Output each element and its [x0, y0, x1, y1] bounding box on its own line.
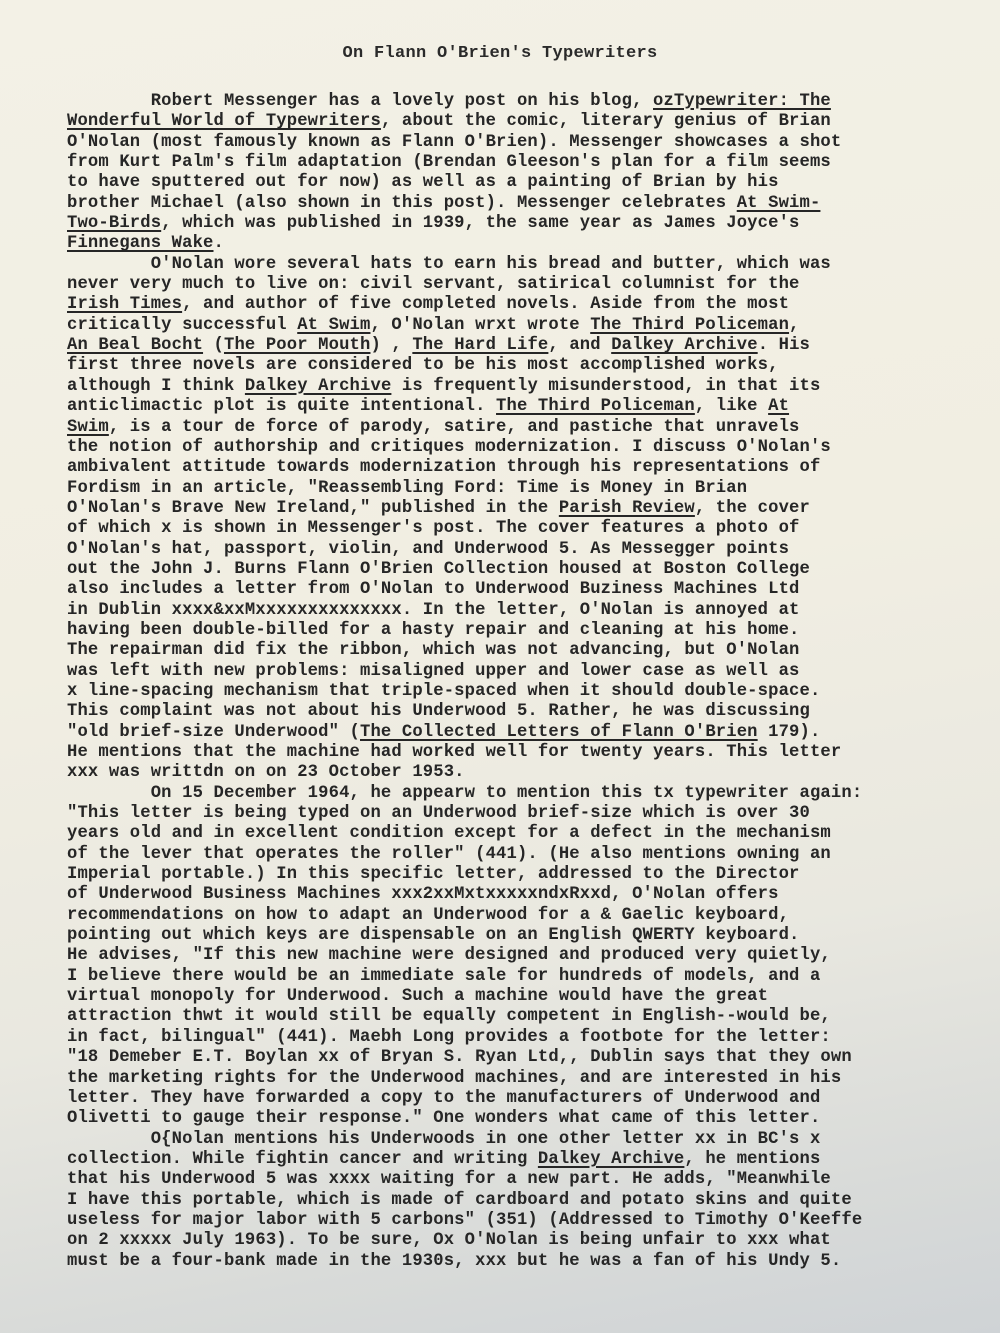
text-segment: recommendations on how to adapt an Under… [67, 906, 789, 925]
text-segment: attraction thwt it would still be equall… [67, 1007, 831, 1026]
text-segment: , O'Nolan wrxt wrote [370, 316, 590, 335]
text-segment: Fordism in an article, "Reassembling For… [67, 479, 747, 498]
text-segment: years old and in excellent condition exc… [67, 824, 831, 843]
text-line: I have this portable, which is made of c… [67, 1191, 967, 1211]
text-line: collection. While fightin cancer and wri… [67, 1150, 967, 1170]
text-segment: of the lever that operates the roller" (… [67, 845, 831, 864]
text-segment: , like [695, 397, 768, 416]
text-segment: collection. While fightin cancer and wri… [67, 1150, 538, 1169]
underlined-title: The Third Policeman [496, 397, 695, 416]
text-line: O'Nolan (most famously known as Flann O'… [67, 133, 967, 153]
text-segment: O'Nolan wore several hats to earn his br… [67, 255, 831, 274]
text-line: to have sputtered out for now) as well a… [67, 173, 967, 193]
text-line: must be a four-bank made in the 1930s, x… [67, 1252, 967, 1272]
text-line: Robert Messenger has a lovely post on hi… [67, 92, 967, 112]
text-line: in fact, bilingual" (441). Maebh Long pr… [67, 1028, 967, 1048]
underlined-title: Wonderful World of Typewriters [67, 112, 381, 131]
underlined-title: Parish Review [559, 499, 695, 518]
text-segment: from Kurt Palm's film adaptation (Brenda… [67, 153, 831, 172]
text-segment: I believe there would be an immediate sa… [67, 967, 820, 986]
text-line: "18 Demeber E.T. Boylan xx of Bryan S. R… [67, 1048, 967, 1068]
text-segment: . His [758, 336, 810, 355]
text-segment: On 15 December 1964, he appearw to menti… [67, 784, 862, 803]
text-segment: O{Nolan mentions his Underwoods in one o… [67, 1130, 820, 1149]
text-line: that his Underwood 5 was xxxx waiting fo… [67, 1170, 967, 1190]
document-body: Robert Messenger has a lovely post on hi… [67, 92, 967, 1272]
text-line: first three novels are considered to be … [67, 356, 967, 376]
text-line: xxx was writtdn on on 23 October 1953. [67, 763, 967, 783]
text-line: O'Nolan's Brave New Ireland," published … [67, 499, 967, 519]
underlined-title: ozTypewriter: The [653, 92, 831, 111]
text-segment: useless for major labor with 5 carbons" … [67, 1211, 862, 1230]
text-line: Irish Times, and author of five complete… [67, 295, 967, 315]
text-segment: that his Underwood 5 was xxxx waiting fo… [67, 1170, 831, 1189]
text-segment: He advises, "If this new machine were de… [67, 946, 831, 965]
text-line: I believe there would be an immediate sa… [67, 967, 967, 987]
text-segment: letter. They have forwarded a copy to th… [67, 1089, 820, 1108]
text-segment: Imperial portable.) In this specific let… [67, 865, 800, 884]
text-line: Fordism in an article, "Reassembling For… [67, 479, 967, 499]
text-line: virtual monopoly for Underwood. Such a m… [67, 987, 967, 1007]
text-segment: ( [203, 336, 224, 355]
text-line: He mentions that the machine had worked … [67, 743, 967, 763]
text-segment: is frequently misunderstood, in that its [391, 377, 820, 396]
text-segment: "18 Demeber E.T. Boylan xx of Bryan S. R… [67, 1048, 852, 1067]
underlined-title: Finnegans Wake [67, 234, 214, 253]
text-segment: ambivalent attitude towards modernizatio… [67, 458, 820, 477]
text-line: ambivalent attitude towards modernizatio… [67, 458, 967, 478]
underlined-title: Dalkey Archive [538, 1150, 685, 1169]
text-line: recommendations on how to adapt an Under… [67, 906, 967, 926]
text-line: out the John J. Burns Flann O'Brien Coll… [67, 560, 967, 580]
text-segment: having been double-billed for a hasty re… [67, 621, 800, 640]
text-line: An Beal Bocht (The Poor Mouth) , The Har… [67, 336, 967, 356]
underlined-title: The Hard Life [412, 336, 548, 355]
underlined-title: The Collected Letters of Flann O'Brien [360, 723, 758, 742]
text-line: of the lever that operates the roller" (… [67, 845, 967, 865]
text-segment: was left with new problems: misaligned u… [67, 662, 800, 681]
text-line: anticlimactic plot is quite intentional.… [67, 397, 967, 417]
text-line: on 2 xxxxx July 1963). To be sure, Ox O'… [67, 1231, 967, 1251]
text-segment: never very much to live on: civil servan… [67, 275, 800, 294]
text-segment: critically successful [67, 316, 297, 335]
text-segment: , about the comic, literary genius of Br… [381, 112, 831, 131]
text-segment: x line-spacing mechanism that triple-spa… [67, 682, 820, 701]
text-segment: anticlimactic plot is quite intentional. [67, 397, 496, 416]
text-segment: He mentions that the machine had worked … [67, 743, 841, 762]
text-line: from Kurt Palm's film adaptation (Brenda… [67, 153, 967, 173]
text-segment: also includes a letter from O'Nolan to U… [67, 580, 800, 599]
text-segment: although I think [67, 377, 245, 396]
text-line: O'Nolan's hat, passport, violin, and Und… [67, 540, 967, 560]
underlined-title: At Swim- [737, 194, 821, 213]
text-line: "This letter is being typed on an Underw… [67, 804, 967, 824]
underlined-title: Irish Times [67, 295, 182, 314]
text-segment: O'Nolan's Brave New Ireland," published … [67, 499, 559, 518]
text-line: Imperial portable.) In this specific let… [67, 865, 967, 885]
text-line: "old brief-size Underwood" (The Collecte… [67, 723, 967, 743]
text-segment: the notion of authorship and critiques m… [67, 438, 831, 457]
text-segment: I have this portable, which is made of c… [67, 1191, 852, 1210]
underlined-title: At Swim [297, 316, 370, 335]
text-segment: in Dublin xxxx&xxMxxxxxxxxxxxxxx. In the… [67, 601, 800, 620]
text-segment: Olivetti to gauge their response." One w… [67, 1109, 820, 1128]
text-segment: to have sputtered out for now) as well a… [67, 173, 779, 192]
text-segment: out the John J. Burns Flann O'Brien Coll… [67, 560, 810, 579]
underlined-title: Swim [67, 418, 109, 437]
text-line: He advises, "If this new machine were de… [67, 946, 967, 966]
text-line: O'Nolan wore several hats to earn his br… [67, 255, 967, 275]
underlined-title: The Poor Mouth [224, 336, 371, 355]
text-segment: "This letter is being typed on an Underw… [67, 804, 810, 823]
text-line: of which x is shown in Messenger's post.… [67, 519, 967, 539]
text-line: was left with new problems: misaligned u… [67, 662, 967, 682]
text-segment: first three novels are considered to be … [67, 356, 779, 375]
text-segment: in fact, bilingual" (441). Maebh Long pr… [67, 1028, 831, 1047]
text-segment: virtual monopoly for Underwood. Such a m… [67, 987, 768, 1006]
text-line: O{Nolan mentions his Underwoods in one o… [67, 1130, 967, 1150]
text-line: This complaint was not about his Underwo… [67, 702, 967, 722]
text-line: in Dublin xxxx&xxMxxxxxxxxxxxxxx. In the… [67, 601, 967, 621]
text-segment: , [789, 316, 799, 335]
text-line: On 15 December 1964, he appearw to menti… [67, 784, 967, 804]
text-segment: , is a tour de force of parody, satire, … [109, 418, 800, 437]
typewritten-page: On Flann O'Brien's Typewriters Robert Me… [0, 0, 1000, 1333]
underlined-title: An Beal Bocht [67, 336, 203, 355]
text-segment: of Underwood Business Machines xxx2xxMxt… [67, 885, 779, 904]
text-line: critically successful At Swim, O'Nolan w… [67, 316, 967, 336]
text-segment: , he mentions [684, 1150, 820, 1169]
text-line: Wonderful World of Typewriters, about th… [67, 112, 967, 132]
text-line: years old and in excellent condition exc… [67, 824, 967, 844]
text-segment: must be a four-bank made in the 1930s, x… [67, 1252, 841, 1271]
text-segment: of which x is shown in Messenger's post.… [67, 519, 800, 538]
page-title: On Flann O'Brien's Typewriters [0, 44, 1000, 63]
text-line: letter. They have forwarded a copy to th… [67, 1089, 967, 1109]
text-segment: 179). [758, 723, 821, 742]
underlined-title: The Third Policeman [590, 316, 789, 335]
text-segment: brother Michael (also shown in this post… [67, 194, 737, 213]
text-line: the marketing rights for the Underwood m… [67, 1069, 967, 1089]
text-line: never very much to live on: civil servan… [67, 275, 967, 295]
text-segment: , and [548, 336, 611, 355]
text-line: useless for major labor with 5 carbons" … [67, 1211, 967, 1231]
text-segment: , the cover [695, 499, 810, 518]
text-segment: The repairman did fix the ribbon, which … [67, 641, 800, 660]
underlined-title: Dalkey Archive [611, 336, 758, 355]
text-line: although I think Dalkey Archive is frequ… [67, 377, 967, 397]
text-segment: the marketing rights for the Underwood m… [67, 1069, 841, 1088]
text-line: the notion of authorship and critiques m… [67, 438, 967, 458]
text-segment: ) , [370, 336, 412, 355]
text-segment: , and author of five completed novels. A… [182, 295, 789, 314]
text-line: attraction thwt it would still be equall… [67, 1007, 967, 1027]
text-segment: O'Nolan (most famously known as Flann O'… [67, 133, 841, 152]
text-line: having been double-billed for a hasty re… [67, 621, 967, 641]
underlined-title: At [768, 397, 789, 416]
text-line: Finnegans Wake. [67, 234, 967, 254]
text-segment: . [214, 234, 224, 253]
text-line: The repairman did fix the ribbon, which … [67, 641, 967, 661]
underlined-title: Dalkey Archive [245, 377, 392, 396]
text-line: Swim, is a tour de force of parody, sati… [67, 418, 967, 438]
text-segment: O'Nolan's hat, passport, violin, and Und… [67, 540, 789, 559]
underlined-title: Two-Birds [67, 214, 161, 233]
text-segment: This complaint was not about his Underwo… [67, 702, 810, 721]
text-segment: Robert Messenger has a lovely post on hi… [67, 92, 653, 111]
text-line: pointing out which keys are dispensable … [67, 926, 967, 946]
text-line: brother Michael (also shown in this post… [67, 194, 967, 214]
text-line: Two-Birds, which was published in 1939, … [67, 214, 967, 234]
text-line: x line-spacing mechanism that triple-spa… [67, 682, 967, 702]
text-line: also includes a letter from O'Nolan to U… [67, 580, 967, 600]
text-line: of Underwood Business Machines xxx2xxMxt… [67, 885, 967, 905]
text-segment: pointing out which keys are dispensable … [67, 926, 800, 945]
text-segment: xxx was writtdn on on 23 October 1953. [67, 763, 465, 782]
text-segment: on 2 xxxxx July 1963). To be sure, Ox O'… [67, 1231, 831, 1250]
text-segment: "old brief-size Underwood" ( [67, 723, 360, 742]
text-line: Olivetti to gauge their response." One w… [67, 1109, 967, 1129]
text-segment: , which was published in 1939, the same … [161, 214, 799, 233]
